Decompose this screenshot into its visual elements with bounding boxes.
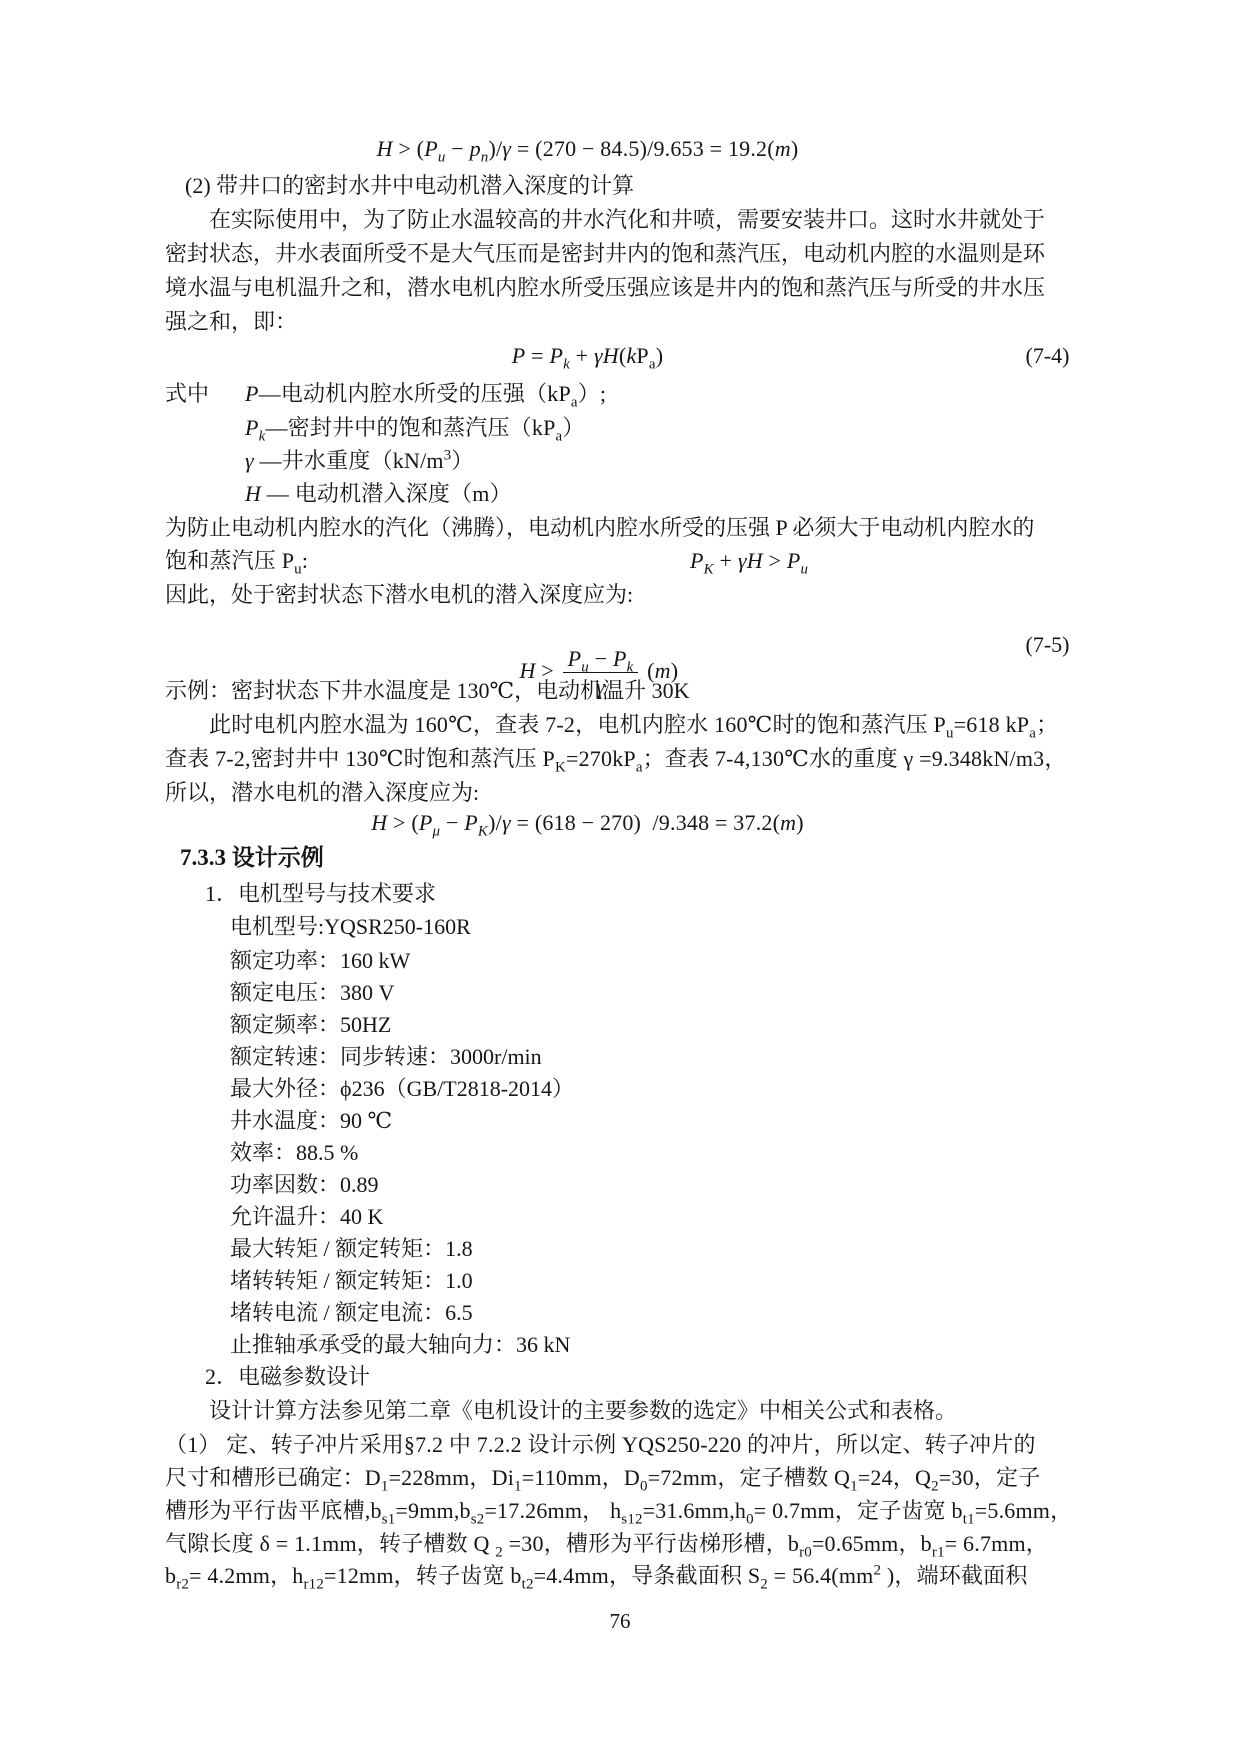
paragraph-line: 密封状态，井水表面所受不是大气压而是密封井内的饱和蒸汽压，电动机内腔的水温则是环 xyxy=(165,239,1045,269)
spec-line-rated-frequency: 额定频率：50HZ xyxy=(230,1010,391,1040)
spec-line-max-diameter: 最大外径：ϕ236（GB/T2818-2014） xyxy=(230,1074,574,1104)
paragraph-line: 为防止电动机内腔水的汽化（沸腾），电动机内腔水所受的压强 P 必须大于电动机内腔… xyxy=(165,513,1034,543)
item-2b-heading: 2．电磁参数设计 xyxy=(205,1362,370,1392)
formula-inequality: PK + γH > Pu xyxy=(690,546,808,576)
formula-7-5-label: (7-5) xyxy=(1000,630,1095,660)
spec-line-max-torque-ratio: 最大转矩 / 额定转矩：1.8 xyxy=(230,1234,473,1264)
formula-7-4-label: (7-4) xyxy=(1000,341,1095,371)
point1-line: 气隙长度 δ = 1.1mm，转子槽数 Q 2 =30，槽形为平行齿梯形槽，br… xyxy=(165,1529,1048,1559)
section-heading-733: 7.3.3 设计示例 xyxy=(180,843,324,873)
page-number: 76 xyxy=(0,1606,1240,1636)
formula-result-depth: H > (Pμ − PK)/γ = (618 − 270) /9.348 = 3… xyxy=(165,808,1010,838)
definition-line: H — 电动机潜入深度（m） xyxy=(245,479,512,509)
example-line: 查表 7-2,密封井中 130℃时饱和蒸汽压 PK=270kPa；查表 7-4,… xyxy=(165,744,1067,774)
spec-line-efficiency: 效率：88.5 % xyxy=(230,1138,358,1168)
document-page: H > (Pu − pn)/γ = (270 − 84.5)/9.653 = 1… xyxy=(0,0,1240,1754)
point1-line: br2= 4.2mm，hr12=12mm，转子齿宽 bt2=4.4mm，导条截面… xyxy=(165,1561,1028,1591)
fraction-numerator: Pu − Pk xyxy=(563,646,639,673)
motor-model-line: 电机型号:YQSR250-160R xyxy=(230,912,471,942)
item-1-heading: 1．电机型号与技术要求 xyxy=(205,879,436,909)
spec-line-power-factor: 功率因数：0.89 xyxy=(230,1170,379,1200)
definition-line: γ —井水重度（kN/m3） xyxy=(245,446,474,476)
example-line: 此时电机内腔水温为 160℃，查表 7-2，电机内腔水 160℃时的饱和蒸汽压 … xyxy=(209,710,1058,740)
point1-line: 尺寸和槽形已确定：D1=228mm，Di1=110mm，D0=72mm，定子槽数… xyxy=(165,1463,1040,1493)
spec-line-temp-rise: 允许温升：40 K xyxy=(230,1202,383,1232)
where-prefix: 式中 xyxy=(165,379,209,409)
formula-7-4: P = Pk + γH(kPa) xyxy=(165,341,1010,371)
item-2-heading: (2) 带井口的密封水井中电动机潜入深度的计算 xyxy=(185,171,634,201)
spec-line-rated-voltage: 额定电压：380 V xyxy=(230,978,394,1008)
definition-line: Pk—密封井中的饱和蒸汽压（kPa） xyxy=(245,413,585,443)
paragraph-line: 在实际使用中，为了防止水温较高的井水汽化和井喷，需要安装井口。这时水井就处于 xyxy=(209,205,1045,235)
example-line: 示例：密封状态下井水温度是 130℃，电动机温升 30K xyxy=(165,676,690,706)
spec-line-locked-current-ratio: 堵转电流 / 额定电流：6.5 xyxy=(230,1298,473,1328)
spec-line-rated-speed: 额定转速：同步转速：3000r/min xyxy=(230,1042,542,1072)
point1-line: （1） 定、转子冲片采用§7.2 中 7.2.2 设计示例 YQS250-220… xyxy=(165,1430,1036,1460)
spec-line-well-water-temp: 井水温度：90 ℃ xyxy=(230,1106,392,1136)
point1-line: 槽形为平行齿平底槽,bs1=9mm,bs2=17.26mm， hs12=31.6… xyxy=(165,1496,1072,1526)
paragraph-line: 因此，处于密封状态下潜水电机的潜入深度应为: xyxy=(165,580,633,610)
formula-open-well-depth: H > (Pu − pn)/γ = (270 − 84.5)/9.653 = 1… xyxy=(165,134,1010,164)
design-note-line: 设计计算方法参见第二章《电机设计的主要参数的选定》中相关公式和表格。 xyxy=(209,1396,957,1426)
paragraph-line: 境水温与电机温升之和，潜水电机内腔水所受压强应该是井内的饱和蒸汽压与所受的井水压 xyxy=(165,273,1045,303)
spec-line-rated-power: 额定功率：160 kW xyxy=(230,946,410,976)
spec-line-thrust-bearing: 止推轴承承受的最大轴向力：36 kN xyxy=(230,1330,570,1360)
spec-line-locked-torque-ratio: 堵转转矩 / 额定转矩：1.0 xyxy=(230,1266,473,1296)
paragraph-line: 饱和蒸汽压 Pu: xyxy=(165,546,308,576)
paragraph-line: 强之和，即： xyxy=(165,307,297,337)
example-line: 所以，潜水电机的潜入深度应为: xyxy=(165,778,479,808)
definition-line: P—电动机内腔水所受的压强（kPa）; xyxy=(245,379,606,409)
